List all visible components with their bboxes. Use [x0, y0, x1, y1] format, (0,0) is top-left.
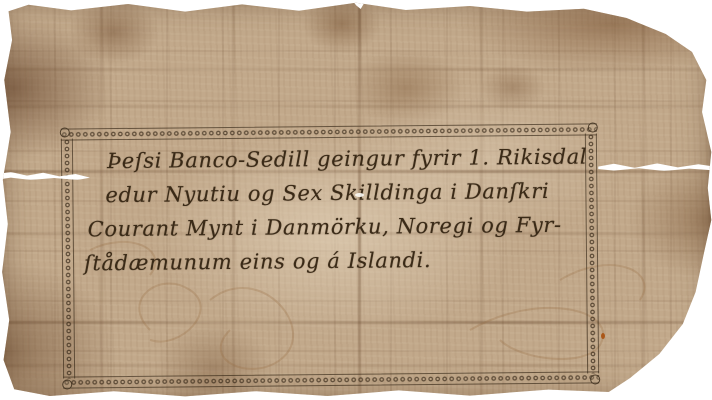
- note-text-line-3: Courant Mynt i Danmörku, Noregi og Fyr-: [84, 208, 582, 247]
- corner-rosette-icon: [60, 127, 70, 137]
- paper-speck: [355, 193, 364, 197]
- corner-rosette-icon: [590, 374, 600, 384]
- rust-spot: [601, 333, 605, 339]
- banknote-paper: Þeſsi Banco-Sedill geingur fyrir 1. Riki…: [0, 0, 712, 400]
- note-text-line-2: edur Nyutiu og Sex Skilldinga i Danſkri: [83, 174, 581, 213]
- note-text: Þeſsi Banco-Sedill geingur fyrir 1. Riki…: [83, 140, 582, 281]
- corner-rosette-icon: [588, 122, 598, 132]
- photo-background: Þeſsi Banco-Sedill geingur fyrir 1. Riki…: [0, 0, 712, 400]
- note-text-line-1: Þeſsi Banco-Sedill geingur fyrir 1. Riki…: [83, 140, 581, 179]
- corner-rosette-icon: [62, 379, 72, 389]
- ornamental-border-frame: Þeſsi Banco-Sedill geingur fyrir 1. Riki…: [61, 123, 599, 388]
- note-text-line-4: ſtådæmunum eins og á Islandi.: [84, 242, 582, 281]
